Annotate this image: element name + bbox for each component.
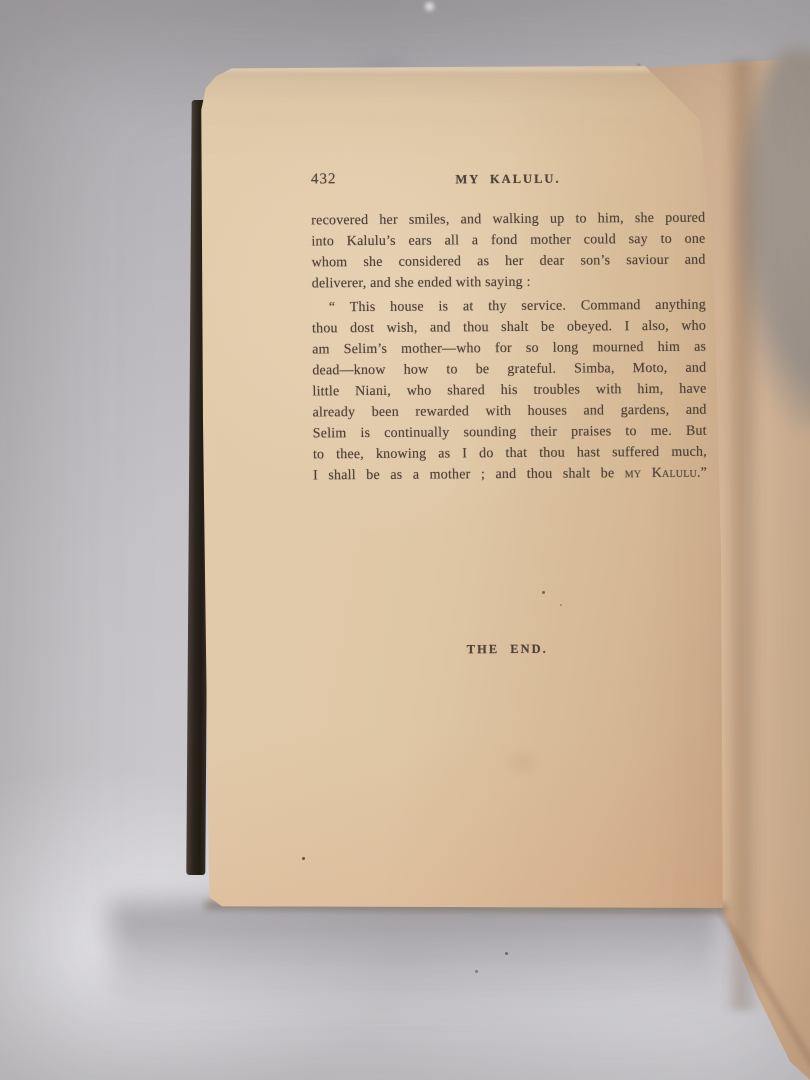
text-line: recovered her smiles, and walking up to … <box>311 211 705 235</box>
page-header: 432 MY KALULU. <box>311 169 705 192</box>
text-line: already been rewarded with houses and ga… <box>313 403 707 427</box>
text-line: am Selim’s mother—who for so long mourne… <box>312 340 706 364</box>
paragraph: “ This house is at thy service. Command … <box>312 298 707 490</box>
text-line-final: I shall be as a mother ; and thou shalt … <box>313 466 707 490</box>
text-line: “ This house is at thy service. Command … <box>312 298 706 322</box>
text-line: whom she considered as her dear son’s sa… <box>312 253 706 277</box>
printed-text-column: 432 MY KALULU. recovered her smiles, and… <box>311 169 705 192</box>
paper-stain <box>510 753 536 771</box>
paragraph: recovered her smiles, and walking up to … <box>311 211 706 298</box>
text-line: to thee, knowing as I do that thou hast … <box>313 445 707 469</box>
running-head: MY KALULU. <box>311 171 705 189</box>
text-line: dead—know how to be grateful. Simba, Mot… <box>312 361 706 385</box>
text-line: little Niani, who shared his troubles wi… <box>312 382 706 406</box>
final-line-text: I shall be as a mother ; and thou shalt … <box>313 466 625 483</box>
text-line: Selim is continually sounding their prai… <box>313 424 707 448</box>
cloth-speck <box>505 952 508 955</box>
the-end-label: THE END. <box>314 641 700 659</box>
paper-speck <box>560 604 562 606</box>
text-line: into Kalulu’s ears all a fond mother cou… <box>311 232 705 256</box>
text-line: thou dost wish, and thou shalt be obeyed… <box>312 319 706 343</box>
final-line-smallcaps: my Kalulu.” <box>625 466 707 482</box>
gutter-crease <box>724 60 762 1010</box>
text-line: deliverer, and she ended with saying : <box>312 274 706 298</box>
book-page: 432 MY KALULU. recovered her smiles, and… <box>195 58 765 920</box>
paper-speck <box>302 857 305 860</box>
paper-speck <box>542 591 545 594</box>
cloth-glint <box>425 2 434 11</box>
cloth-speck <box>475 970 478 973</box>
book-photograph: 432 MY KALULU. recovered her smiles, and… <box>0 0 810 1080</box>
page-top-edge-highlight <box>218 66 651 71</box>
